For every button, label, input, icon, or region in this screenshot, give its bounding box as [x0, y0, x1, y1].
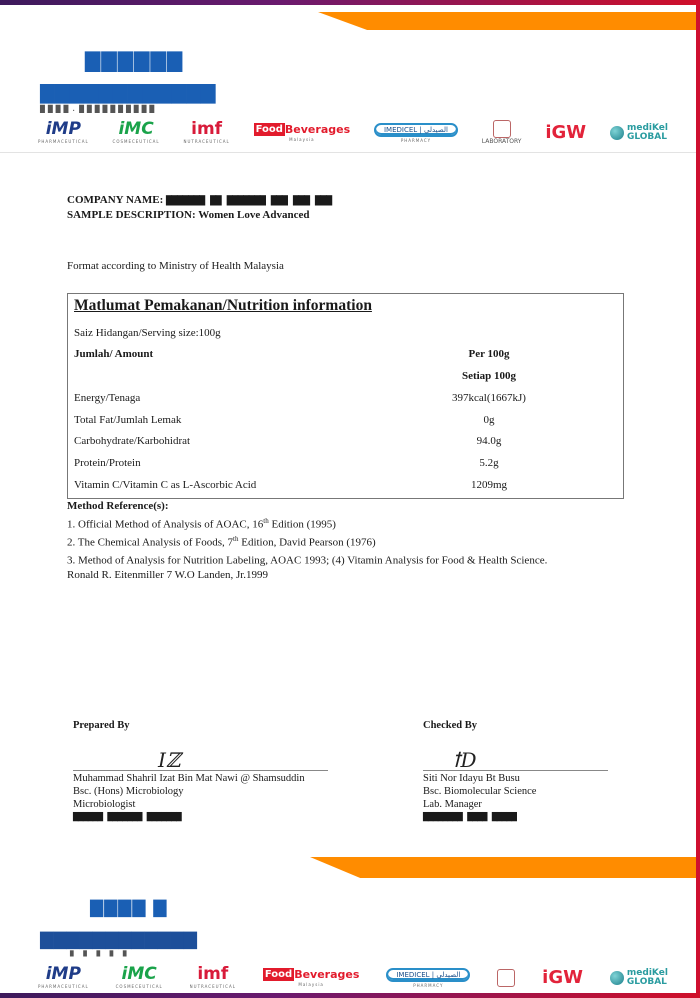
bottom-frame-bar: [0, 993, 700, 998]
nutrient-label: Protein/Protein: [74, 457, 141, 469]
company-value: ▇▇▇▇▇▇▇ ▇▇ ▇▇▇▇▇▇▇ ▇▇▇ ▇▇▇ ▇▇▇: [166, 195, 332, 206]
nutrient-label: Vitamin C/Vitamin C as L-Ascorbic Acid: [74, 479, 256, 491]
per-100g-label: Per 100g: [434, 348, 544, 360]
top-frame-bar: [0, 0, 700, 5]
logo-name: ▇▇▇▇▇▇▇▇▇▇▇▇: [40, 82, 215, 104]
medikel-global-logo: mediKel GLOBAL: [610, 969, 668, 987]
prepared-by-header: Prepared By: [73, 719, 328, 732]
nutrient-value: 397kcal(1667kJ): [434, 392, 544, 404]
format-note: Format according to Ministry of Health M…: [67, 260, 284, 272]
logo-title: ▇▇▇▇▇▇: [40, 48, 215, 72]
header-orange-band: [318, 12, 696, 30]
food-beverages-logo: FoodBeverages Malaysia: [263, 968, 360, 987]
nutrient-value: 1209mg: [434, 479, 544, 491]
amount-label: Jumlah/ Amount: [74, 348, 153, 360]
footer-brand-strip: iMP PHARMACEUTICAL iMC COSMECEUTICAL imf…: [38, 966, 668, 989]
food-beverages-logo: FoodBeverages Malaysia: [254, 123, 351, 142]
footer-orange-band: [310, 857, 696, 878]
preparer-name: Muhammad Shahril Izat Bin Mat Nawi @ Sha…: [73, 772, 328, 785]
preparer-extra: ▇▇▇▇▇▇ ▇▇▇▇▇▇▇ ▇▇▇▇▇▇▇: [73, 811, 328, 824]
reference-continuation: Ronald R. Eitenmiller 7 W.O Landen, Jr.1…: [67, 568, 627, 583]
imf-logo: imf NUTRACEUTICAL: [183, 121, 229, 144]
footer-company-logo: ▇▇▇▇ ▇ ▇▇▇▇▇▇▇▇▇▇▇▇ ▇ ▇ ▇ ▇ ▇: [40, 898, 197, 957]
footer-logo-name: ▇▇▇▇▇▇▇▇▇▇▇▇: [40, 930, 197, 950]
lab-boot-icon: [493, 120, 511, 138]
laboratory-logo: LABORATORY: [482, 120, 522, 145]
globe-icon: [610, 126, 624, 140]
setiap-100g-label: Setiap 100g: [434, 370, 544, 382]
prepared-by-block: Prepared By Muhammad Shahril Izat Bin Ma…: [73, 719, 328, 824]
references-title: Method Reference(s):: [67, 499, 627, 514]
sample-description-line: SAMPLE DESCRIPTION: Women Love Advanced: [67, 209, 309, 221]
header-company-logo: ▇▇▇▇▇▇ ▇▇▇▇▇▇▇▇▇▇▇▇ ▇▇▇▇.▇▇▇▇▇▇▇▇▇▇: [40, 48, 215, 113]
checked-by-block: Checked By Siti Nor Idayu Bt Busu Bsc. B…: [423, 719, 608, 824]
imc-logo: iMC COSMECEUTICAL: [113, 121, 160, 144]
imf-logo: imf NUTRACEUTICAL: [190, 966, 236, 989]
company-name-line: COMPANY NAME: ▇▇▇▇▇▇▇ ▇▇ ▇▇▇▇▇▇▇ ▇▇▇ ▇▇▇…: [67, 194, 332, 206]
reference-item: 1. Official Method of Analysis of AOAC, …: [67, 514, 627, 532]
logo-registration: ▇▇▇▇.▇▇▇▇▇▇▇▇▇▇: [40, 104, 215, 113]
nutrition-information-table: Matlumat Pemakanan/Nutrition information…: [67, 293, 624, 499]
right-frame-bar: [696, 0, 700, 998]
checker-signature: ꝉD: [452, 748, 477, 772]
checker-name: Siti Nor Idayu Bt Busu: [423, 772, 608, 785]
laboratory-logo: [497, 969, 515, 987]
sample-value: Women Love Advanced: [198, 209, 309, 221]
nutrient-label: Carbohydrate/Karbohidrat: [74, 435, 190, 447]
preparer-qualification: Bsc. (Hons) Microbiology: [73, 785, 328, 798]
nutrient-value: 94.0g: [434, 435, 544, 447]
igw-logo: iGW: [542, 969, 583, 987]
preparer-signature: Iℤ: [158, 748, 181, 772]
nutrient-label: Total Fat/Jumlah Lemak: [74, 414, 181, 426]
checker-extra: ▇▇▇▇▇▇▇▇ ▇▇▇▇ ▇▇▇▇▇: [423, 811, 608, 824]
footer-logo-title: ▇▇▇▇ ▇: [40, 898, 197, 918]
nutrient-label: Energy/Tenaga: [74, 392, 140, 404]
method-references: Method Reference(s): 1. Official Method …: [67, 499, 627, 582]
globe-icon: [610, 971, 624, 985]
pharmacy-logo: IMEDICEL | الصيدلي PHARMACY: [386, 968, 470, 988]
reference-item: 2. The Chemical Analysis of Foods, 7th E…: [67, 532, 627, 550]
header-divider: [0, 152, 696, 153]
sample-label: SAMPLE DESCRIPTION:: [67, 209, 196, 221]
imp-logo: iMP PHARMACEUTICAL: [38, 966, 89, 989]
checked-signature-line: [423, 770, 608, 771]
medikel-global-logo: mediKel GLOBAL: [610, 124, 668, 142]
nutrition-title: Matlumat Pemakanan/Nutrition information: [74, 297, 372, 315]
imc-logo: iMC COSMECEUTICAL: [116, 966, 163, 989]
pharmacy-logo: IMEDICEL | الصيدلي PHARMACY: [374, 123, 458, 143]
reference-item: 3. Method of Analysis for Nutrition Labe…: [67, 550, 627, 568]
igw-logo: iGW: [545, 124, 586, 142]
imp-logo: iMP PHARMACEUTICAL: [38, 121, 89, 144]
company-label: COMPANY NAME:: [67, 194, 163, 206]
checked-by-header: Checked By: [423, 719, 608, 732]
nutrient-value: 5.2g: [434, 457, 544, 469]
nutrient-value: 0g: [434, 414, 544, 426]
checker-qualification: Bsc. Biomolecular Science: [423, 785, 608, 798]
preparer-role: Microbiologist: [73, 798, 328, 811]
lab-boot-icon: [497, 969, 515, 987]
prepared-signature-line: [73, 770, 328, 771]
header-brand-strip: iMP PHARMACEUTICAL iMC COSMECEUTICAL imf…: [38, 120, 668, 145]
footer-logo-sub: ▇ ▇ ▇ ▇ ▇: [40, 950, 197, 957]
checker-role: Lab. Manager: [423, 798, 608, 811]
